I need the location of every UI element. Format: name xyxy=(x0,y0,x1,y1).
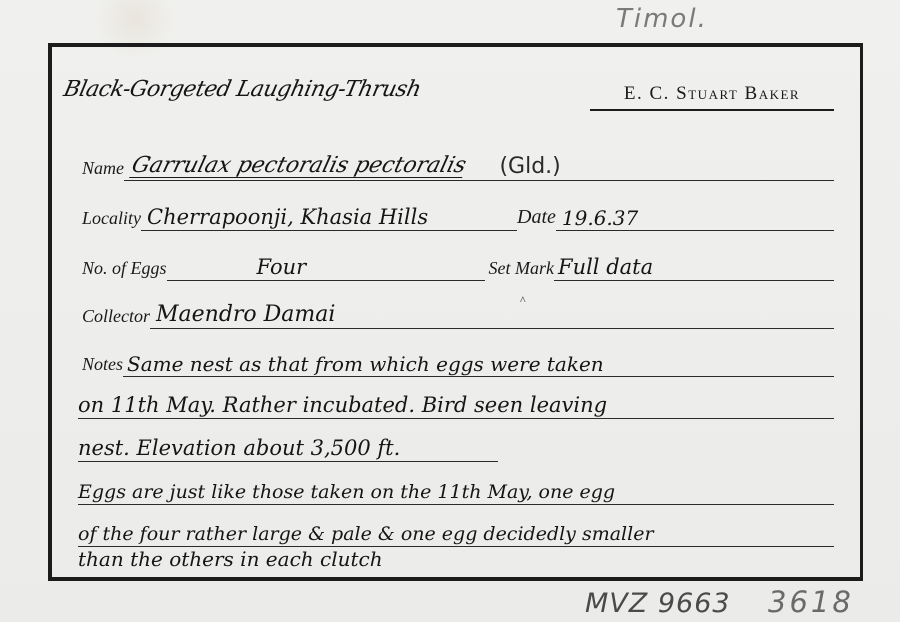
notes-text-5: of the four rather large & pale & one eg… xyxy=(78,525,654,544)
publisher-header: E. C. Stuart Baker xyxy=(590,83,834,111)
name-row: Name Garrulax pectoralis pectoralis (Gld… xyxy=(82,147,834,181)
eggs-row: No. of Eggs Four Set Mark Full data xyxy=(82,247,834,281)
collector-field: Maendro Damai xyxy=(150,295,834,329)
notes-row: Notes Same nest as that from which eggs … xyxy=(82,343,834,377)
locality-row: Locality Cherrapoonji, Khasia Hills Date… xyxy=(82,197,834,231)
locality-field: Cherrapoonji, Khasia Hills xyxy=(141,197,517,231)
eggs-value: Four xyxy=(257,257,307,278)
locality-label: Locality xyxy=(82,208,141,231)
notes-line-1: Same nest as that from which eggs were t… xyxy=(123,343,834,377)
name-label: Name xyxy=(82,158,124,181)
eggs-field: Four xyxy=(167,247,485,281)
ink-mark: ^ xyxy=(520,293,526,308)
notes-line-5: of the four rather large & pale & one eg… xyxy=(78,513,834,547)
notes-text-3: nest. Elevation about 3,500 ft. xyxy=(78,438,400,459)
pencil-annotation-top: Timol. xyxy=(616,4,708,34)
set-mark-value: Full data xyxy=(558,257,653,278)
notes-line-2: on 11th May. Rather incubated. Bird seen… xyxy=(78,385,834,419)
set-mark-label: Set Mark xyxy=(489,258,554,281)
author-citation: (Gld.) xyxy=(499,156,560,178)
collector-row: Collector Maendro Damai xyxy=(82,295,834,329)
date-field: 19.6.37 xyxy=(556,197,834,231)
collector-value: Maendro Damai xyxy=(156,304,335,326)
notes-text-1: Same nest as that from which eggs were t… xyxy=(127,354,604,374)
notes-text-2: on 11th May. Rather incubated. Bird seen… xyxy=(78,395,607,416)
date-value: 19.6.37 xyxy=(562,208,638,228)
date-label: Date xyxy=(517,206,556,231)
notes-text-4: Eggs are just like those taken on the 11… xyxy=(78,483,615,502)
set-mark-field: Full data xyxy=(554,247,834,281)
notes-line-4: Eggs are just like those taken on the 11… xyxy=(78,471,834,505)
eggs-label: No. of Eggs xyxy=(82,258,167,281)
locality-value: Cherrapoonji, Khasia Hills xyxy=(147,207,428,228)
egg-data-card: Black-Gorgeted Laughing-Thrush E. C. Stu… xyxy=(48,43,863,581)
notes-line-3: nest. Elevation about 3,500 ft. xyxy=(78,428,498,462)
notes-label: Notes xyxy=(82,354,123,377)
collector-label: Collector xyxy=(82,306,150,329)
scientific-name: Garrulax pectoralis pectoralis xyxy=(129,155,468,178)
catalog-number: MVZ 9663 xyxy=(585,588,731,619)
common-name: Black-Gorgeted Laughing-Thrush xyxy=(61,77,423,102)
name-field: Garrulax pectoralis pectoralis (Gld.) xyxy=(124,147,834,181)
specimen-number: 3618 xyxy=(768,585,854,619)
notes-text-6: than the others in each clutch xyxy=(78,547,383,571)
